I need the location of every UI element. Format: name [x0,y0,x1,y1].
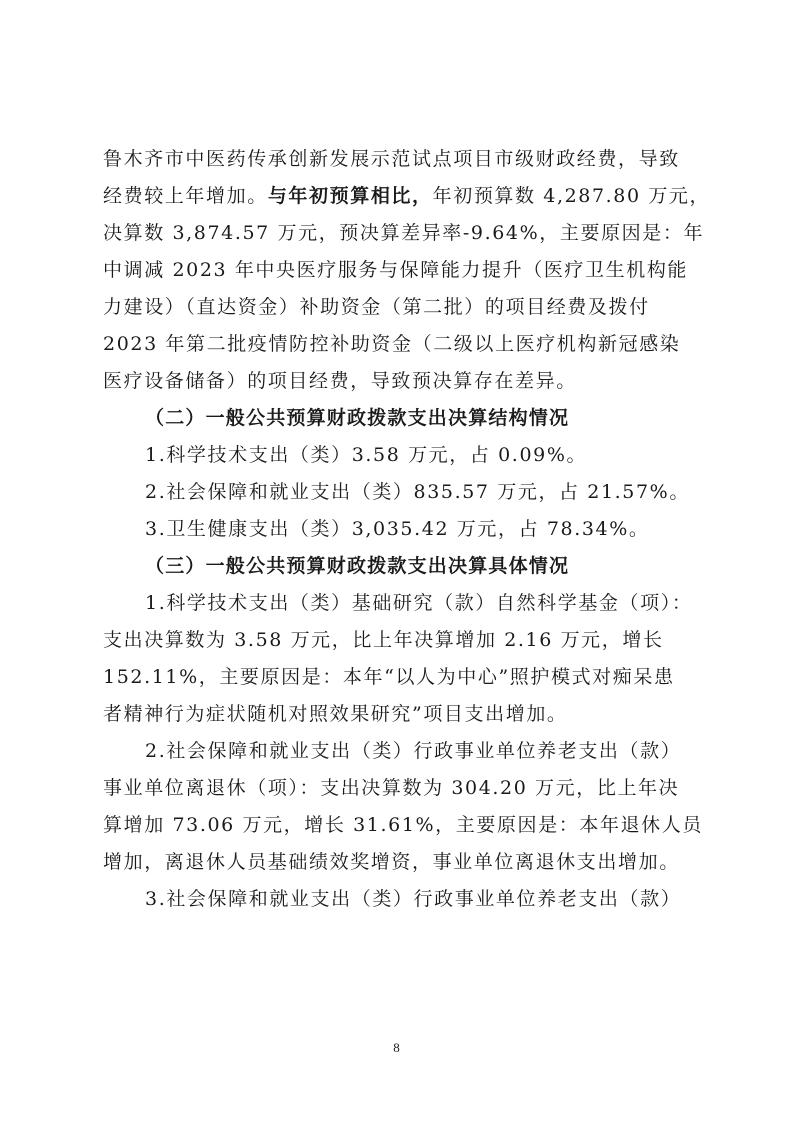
text-line: 者精神行为症状随机对照效果研究”项目支出增加。 [103,696,693,733]
list-item: 1.科学技术支出（类）3.58 万元，占 0.09%。 [103,437,693,474]
section-heading-3: （三）一般公共预算财政拨款支出决算具体情况 [103,548,693,585]
section-heading-2: （二）一般公共预算财政拨款支出决算结构情况 [103,400,693,437]
text-line: 增加，离退休人员基础绩效奖增资，事业单位离退休支出增加。 [103,844,693,881]
text-span: 经费较上年增加。 [103,185,268,207]
list-item: 3.卫生健康支出（类）3,035.42 万元，占 78.34%。 [103,511,693,548]
text-line: 3.社会保障和就业支出（类）行政事业单位养老支出（款） [103,881,693,918]
text-line: 支出决算数为 3.58 万元，比上年决算增加 2.16 万元，增长 [103,622,693,659]
text-line: 鲁木齐市中医药传承创新发展示范试点项目市级财政经费，导致 [103,141,693,178]
text-line: 医疗设备储备）的项目经费，导致预决算存在差异。 [103,363,693,400]
bold-phrase: 与年初预算相比， [268,185,433,207]
text-line: 算增加 73.06 万元，增长 31.61%，主要原因是：本年退休人员 [103,807,693,844]
text-line: 中调减 2023 年中央医疗服务与保障能力提升（医疗卫生机构能 [103,252,693,289]
text-line: 2.社会保障和就业支出（类）行政事业单位养老支出（款） [103,733,693,770]
text-span: 年初预算数 4,287.80 万元， [433,185,711,207]
document-body: 鲁木齐市中医药传承创新发展示范试点项目市级财政经费，导致 经费较上年增加。与年初… [103,141,693,918]
text-line: 152.11%，主要原因是：本年“以人为中心”照护模式对痴呆患 [103,659,693,696]
text-line: 事业单位离退休（项）：支出决算数为 304.20 万元，比上年决 [103,770,693,807]
list-item: 2.社会保障和就业支出（类）835.57 万元，占 21.57%。 [103,474,693,511]
text-line: 决算数 3,874.57 万元，预决算差异率-9.64%，主要原因是：年 [103,215,693,252]
text-line: 经费较上年增加。与年初预算相比，年初预算数 4,287.80 万元， [103,178,693,215]
text-line: 1.科学技术支出（类）基础研究（款）自然科学基金（项）： [103,585,693,622]
page-number: 8 [0,1040,793,1056]
text-line: 2023 年第二批疫情防控补助资金（二级以上医疗机构新冠感染 [103,326,693,363]
text-line: 力建设）（直达资金）补助资金（第二批）的项目经费及拨付 [103,289,693,326]
